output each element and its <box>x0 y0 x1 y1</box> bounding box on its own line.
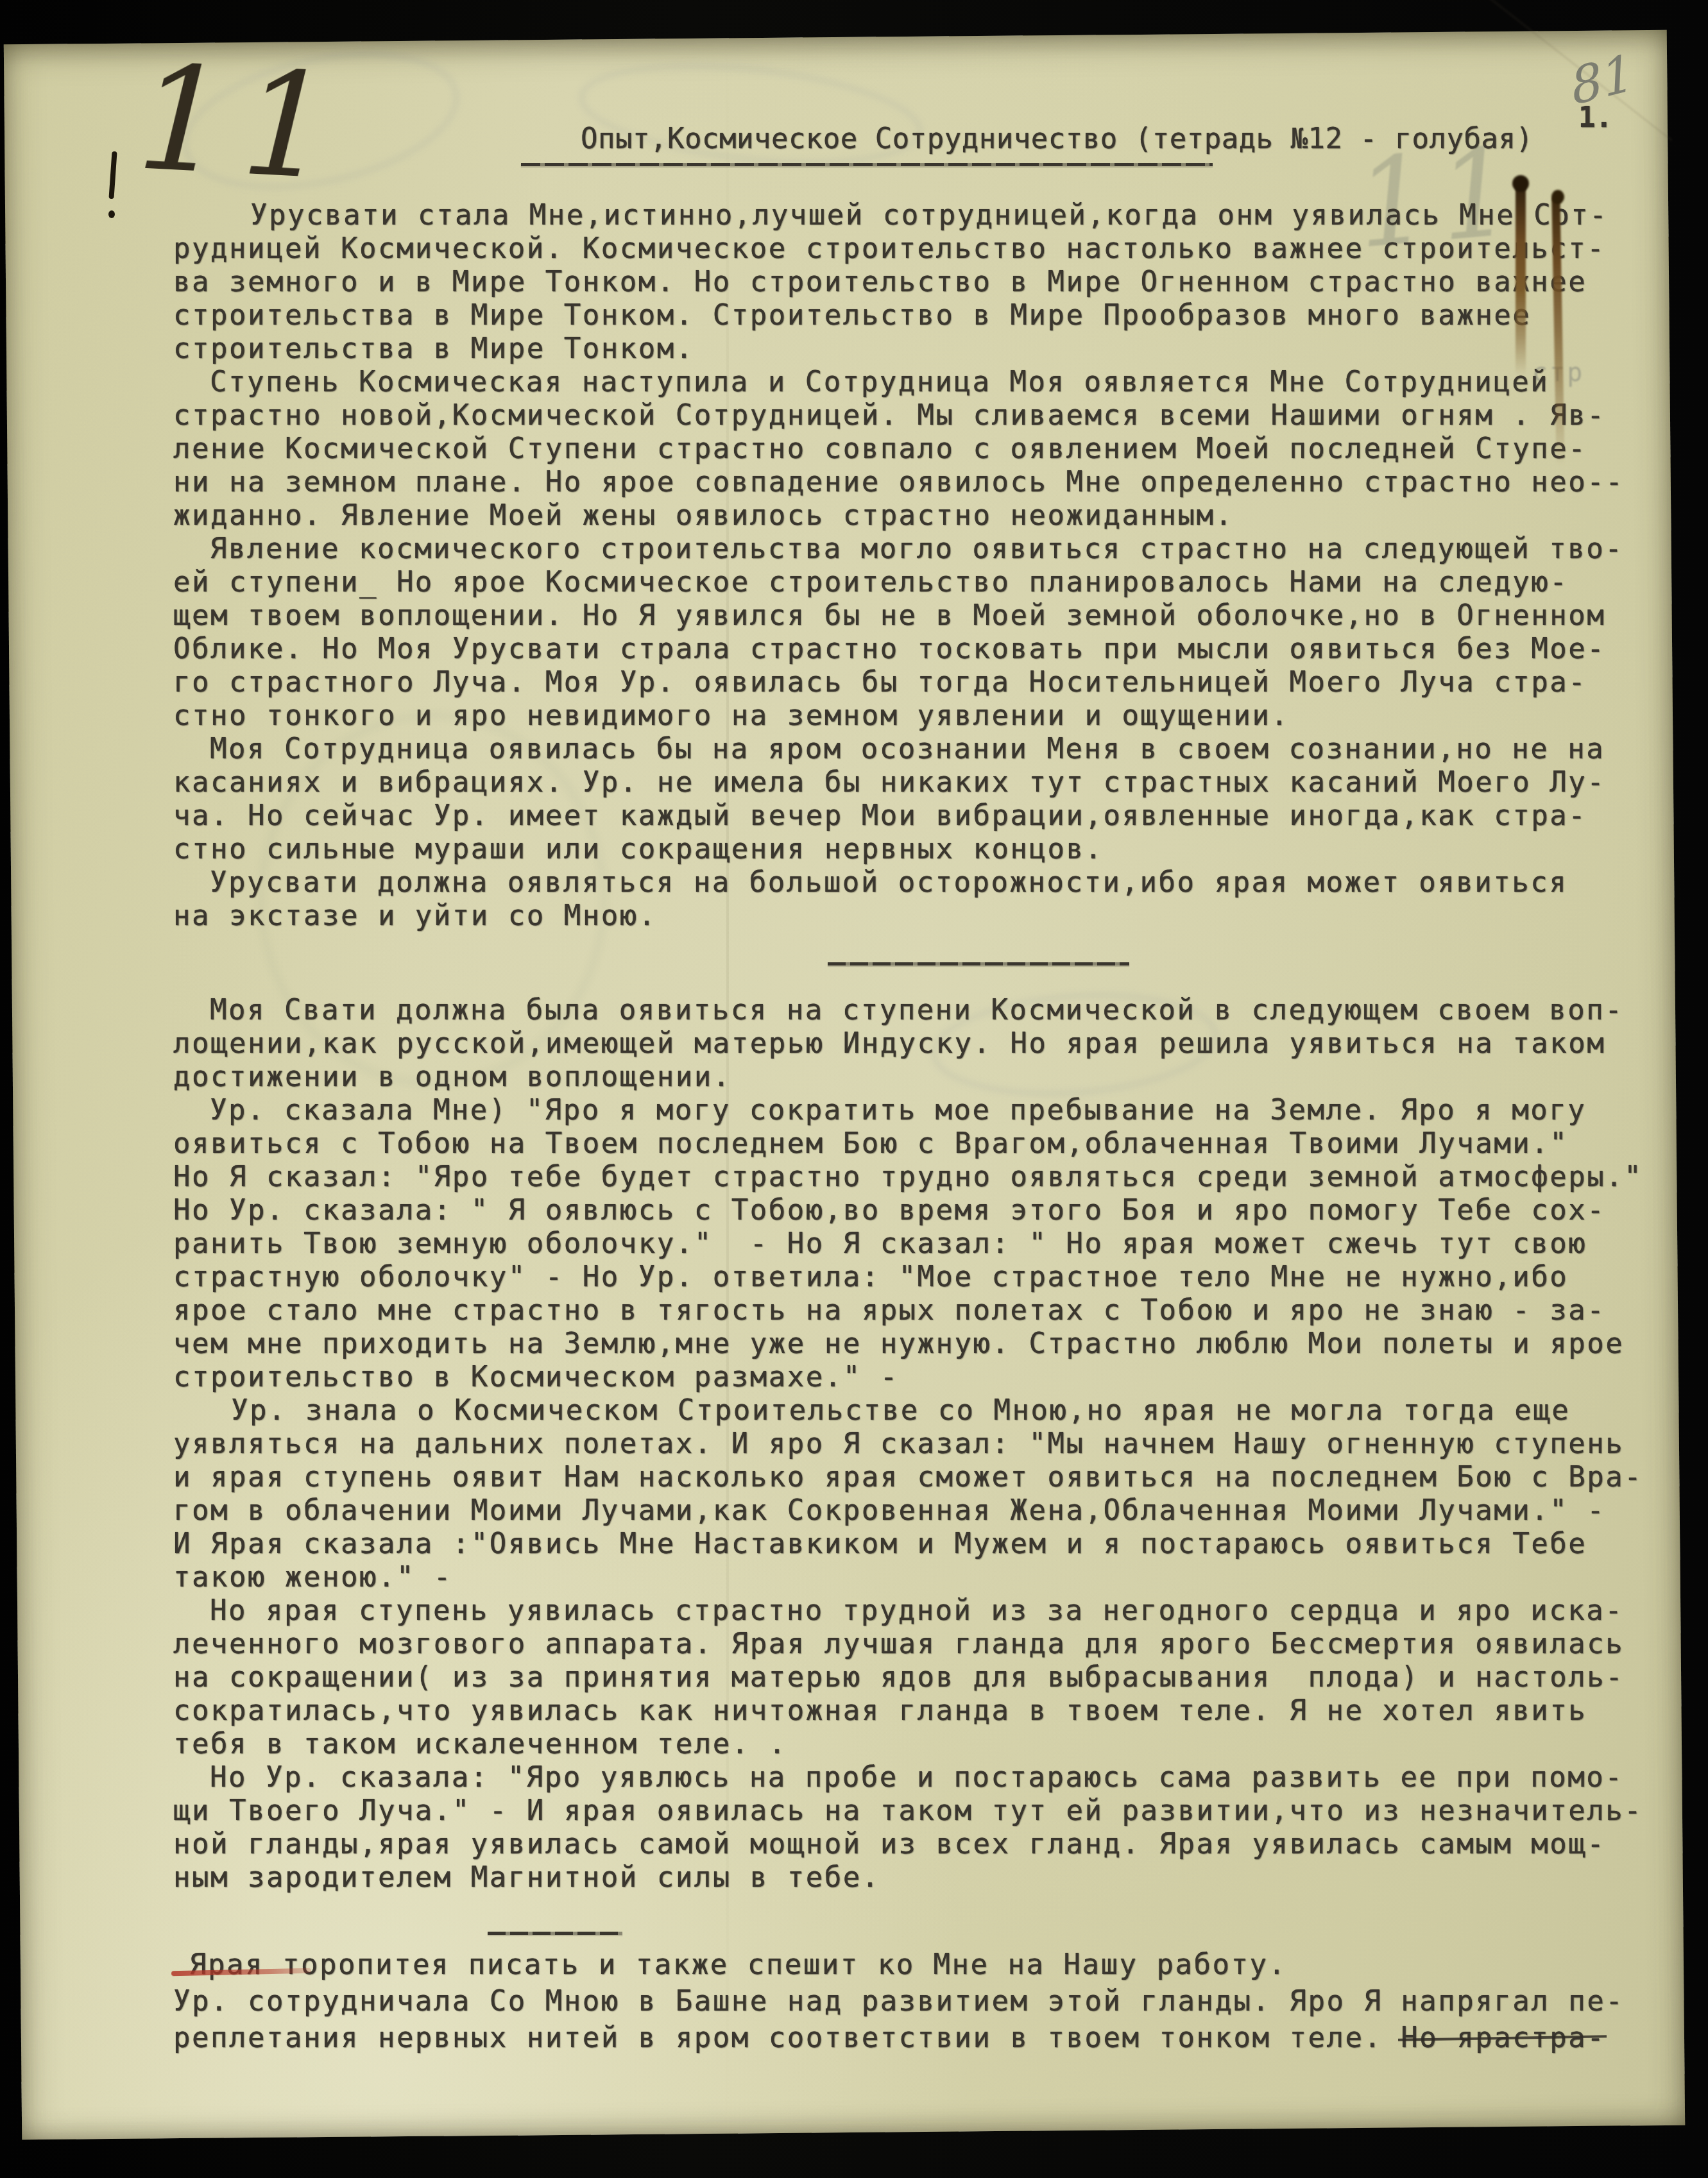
paragraph: Ярая торопитея писать и также спешит ко … <box>173 1946 1675 2056</box>
typewritten-line: ным зародителем Магнитной силы в тебе. <box>173 1861 1675 1894</box>
ink-dot-mark <box>108 210 115 218</box>
typewritten-line: Облике. Но Моя Урусвати страла страстно … <box>173 633 1675 666</box>
typewritten-line: Ур. сказала Мне) "Яро я могу сократить м… <box>173 1094 1675 1127</box>
typed-divider-line <box>488 1932 622 1935</box>
typewritten-line: Ур. сотрудничала Со Мною в Башне над раз… <box>173 1983 1675 2020</box>
handwritten-ink-mark: 11 <box>133 33 351 212</box>
bleedthrough-smudge <box>574 48 928 180</box>
typewritten-line: лощении,как русской,имеющей матерью Инду… <box>173 1027 1675 1060</box>
paragraph: Но ярая ступень уявилась страстно трудно… <box>173 1594 1675 1761</box>
typewritten-line: стно тонкого и яро невидимого на земном … <box>173 699 1675 733</box>
typewritten-line: стно сильные мураши или сокращения нервн… <box>173 833 1675 866</box>
typewritten-text: Урусвати стала Мне,истинно,лучшей сотруд… <box>173 199 1675 2056</box>
typewritten-line: ва земного и в Мире Тонком. Но строитель… <box>173 266 1675 299</box>
paragraph: Но Ур. сказала: "Яро уявлюсь на пробе и … <box>173 1761 1675 1894</box>
paragraph: Ур. сказала Мне) "Яро я могу сократить м… <box>173 1094 1675 1394</box>
typewritten-line: ранить Твою земную оболочку." - Но Я ска… <box>173 1227 1675 1261</box>
typewritten-line: строительство в Космическом размахе." - <box>173 1361 1675 1394</box>
typewritten-line: гом в облачении Моими Лучами,как Сокрове… <box>173 1494 1675 1527</box>
paragraph: Урусвати должна оявляться на большой ост… <box>173 866 1675 933</box>
typewritten-line: щем твоем воплощении. Но Я уявился бы не… <box>173 599 1675 633</box>
typewritten-line: Ярая торопитея писать и также спешит ко … <box>173 1946 1675 1983</box>
typewritten-line: жиданно. Явление Моей жены оявилось стра… <box>173 499 1675 532</box>
typewritten-line: сократилась,что уявилась как ничтожная г… <box>173 1694 1675 1728</box>
typewritten-line: Ур. знала о Космическом Строительстве со… <box>173 1394 1675 1427</box>
typewritten-line: Моя Свати должна была оявиться на ступен… <box>173 994 1675 1027</box>
typewritten-line: реплетания нервных нитей в яром соответс… <box>173 2020 1675 2056</box>
typewritten-line: Но ярая ступень уявилась страстно трудно… <box>173 1594 1675 1628</box>
paragraph: Моя Сотрудница оявилась бы на яром осозн… <box>173 733 1675 866</box>
brown-stain-streak <box>1516 183 1526 376</box>
typewritten-line: И Ярая сказала :"Оявись Мне Наставкиком … <box>173 1527 1675 1561</box>
typewritten-line: на экстазе и уйти со Мною. <box>173 899 1675 933</box>
typewritten-line: на сокращении( из за принятия матерью яд… <box>173 1661 1675 1694</box>
brown-stain-blot <box>1551 190 1564 204</box>
typewritten-line: Но Я сказал: "Яро тебе будет страстно тр… <box>173 1161 1675 1194</box>
typewritten-line: Урусвати стала Мне,истинно,лучшей сотруд… <box>173 199 1675 232</box>
typewritten-line: уявляться на дальних полетах. И яро Я ск… <box>173 1427 1675 1461</box>
paragraph: Ур. знала о Космическом Строительстве со… <box>173 1394 1675 1594</box>
brown-stain-blot <box>1512 175 1529 192</box>
typewritten-line: ной гланды,ярая уявилась самой мощной из… <box>173 1828 1675 1861</box>
typewritten-line: такою женою." - <box>173 1561 1675 1594</box>
typewritten-line: ярое стало мне страстно в тягость на яры… <box>173 1294 1675 1327</box>
struck-through-text: Но ярастра- <box>1401 2021 1605 2054</box>
typewritten-line: щи Твоего Луча." - И ярая оявилась на та… <box>173 1794 1675 1828</box>
typewritten-line: Но Ур. сказала: "Яро уявлюсь на пробе и … <box>173 1761 1675 1794</box>
typewritten-line: Ступень Космическая наступила и Сотрудни… <box>173 366 1675 399</box>
typewritten-line: ни на земном плане. Но ярое совпадение о… <box>173 466 1675 499</box>
ink-stroke-mark <box>108 151 117 199</box>
title-underline <box>521 163 1213 166</box>
typewritten-line: Моя Сотрудница оявилась бы на яром осозн… <box>173 733 1675 766</box>
typewritten-line: строительства в Мире Тонком. Строительст… <box>173 299 1675 332</box>
typewritten-line: строительства в Мире Тонком. <box>173 332 1675 366</box>
typewritten-line: Урусвати должна оявляться на большой ост… <box>173 866 1675 899</box>
scanned-typescript-page: 11 Опыт,Космическое Сотрудничество (тетр… <box>0 0 1708 2178</box>
typewritten-line: Но Ур. сказала: " Я оявлюсь с Тобою,во в… <box>173 1194 1675 1227</box>
typewritten-line: чем мне приходить на Землю,мне уже не ну… <box>173 1327 1675 1361</box>
typewritten-line: леченного мозгового аппарата. Ярая лучша… <box>173 1628 1675 1661</box>
typed-divider-line <box>828 962 1129 966</box>
typewritten-line: ча. Но сейчас Ур. имеет каждый вечер Мои… <box>173 799 1675 833</box>
paper-crease <box>1459 0 1673 141</box>
typewritten-line: Явление космического строительства могло… <box>173 532 1675 566</box>
typewritten-line: касаниях и вибрациях. Ур. не имела бы ни… <box>173 766 1675 799</box>
page-content: 11 Опыт,Космическое Сотрудничество (тетр… <box>13 37 1676 2132</box>
typewritten-line: ей ступени_ Но ярое Космическое строител… <box>173 566 1675 599</box>
typewritten-line: го страстного Луча. Моя Ур. оявилась бы … <box>173 666 1675 699</box>
typewritten-line: оявиться с Тобою на Твоем последнем Бою … <box>173 1127 1675 1161</box>
typewritten-line: страстно новой,Космической Сотрудницей. … <box>173 399 1675 432</box>
paragraph: Моя Свати должна была оявиться на ступен… <box>173 994 1675 1094</box>
typewritten-line: страстную оболочку" - Но Ур. ответила: "… <box>173 1261 1675 1294</box>
paragraph: Явление космического строительства могло… <box>173 532 1675 733</box>
paragraph: Ступень Космическая наступила и Сотрудни… <box>173 366 1675 532</box>
paragraph: Урусвати стала Мне,истинно,лучшей сотруд… <box>173 199 1675 366</box>
typewritten-line: рудницей Космической. Космическое строит… <box>173 232 1675 266</box>
typewritten-line: достижении в одном воплощении. <box>173 1060 1675 1094</box>
typewritten-line: и ярая ступень оявит Нам насколько ярая … <box>173 1461 1675 1494</box>
typewritten-line: ление Космической Ступени страстно совпа… <box>173 432 1675 466</box>
typewritten-line: тебя в таком искалеченном теле. . <box>173 1728 1675 1761</box>
